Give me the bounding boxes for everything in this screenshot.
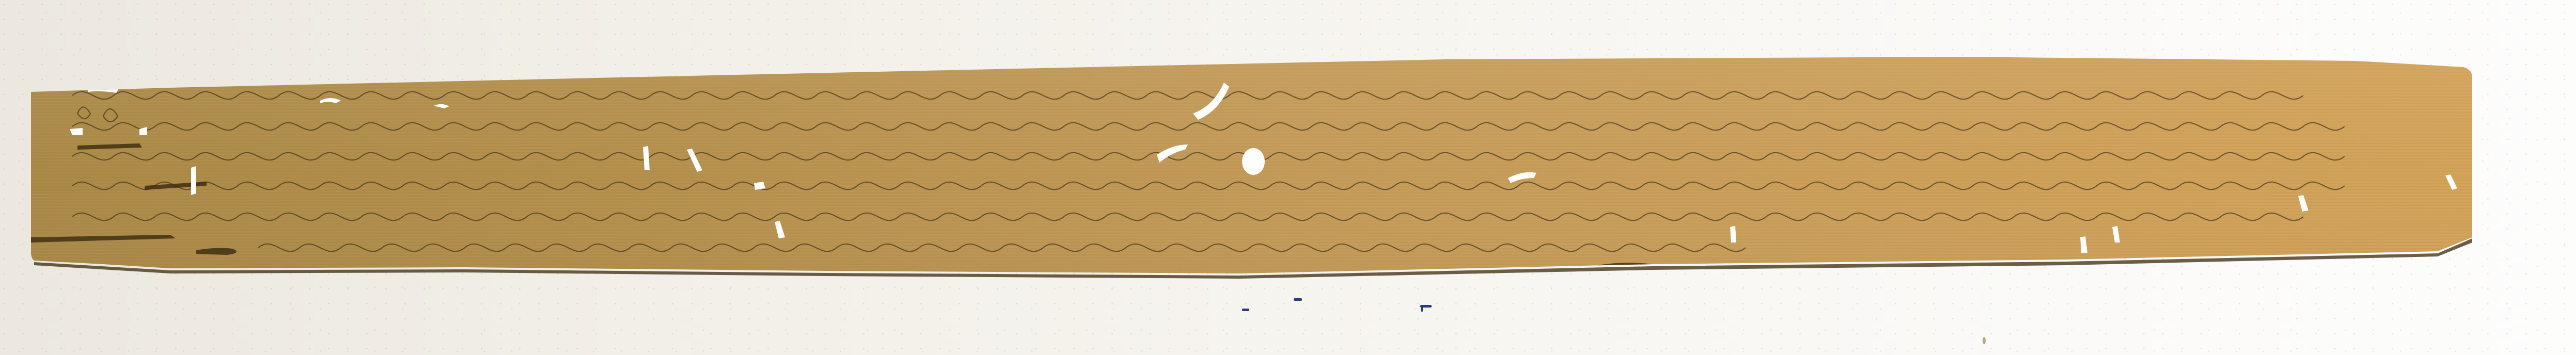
blue-ink-marks	[1242, 298, 1432, 312]
palm-leaf-manuscript	[0, 0, 2576, 355]
string-hole	[1242, 148, 1265, 175]
